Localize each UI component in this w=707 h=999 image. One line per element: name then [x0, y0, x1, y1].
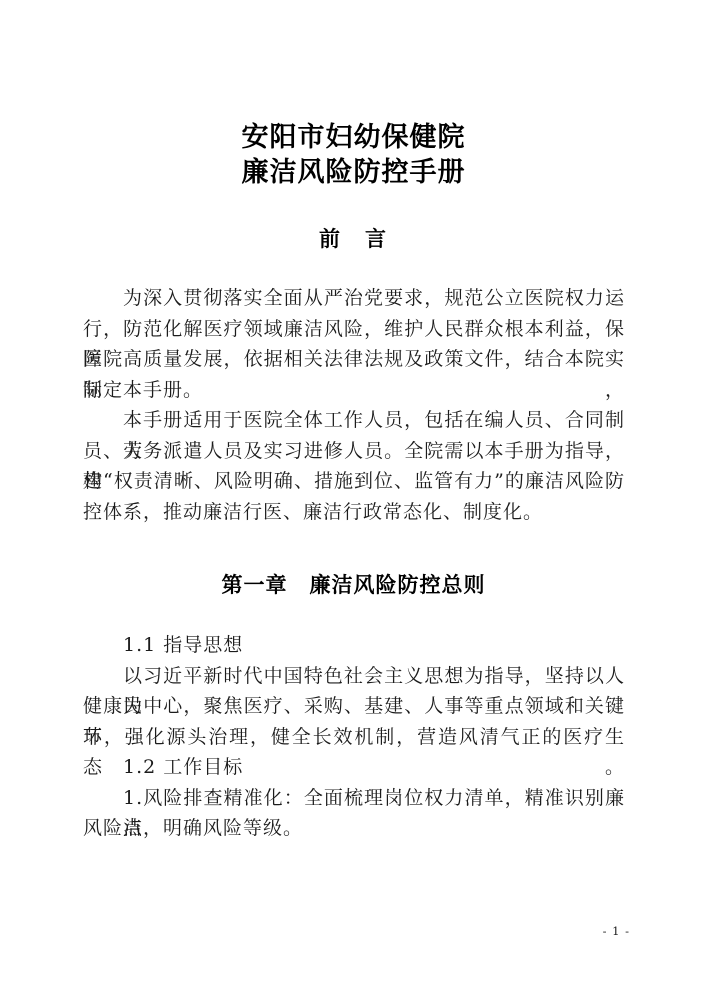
text-line: 行，防范化解医疗领域廉洁风险，维护人民群众根本利益，保障: [83, 314, 625, 345]
document-page: 安阳市妇幼保健院 廉洁风险防控手册 前 言 为深入贯彻落实全面从严治党要求，规范…: [0, 0, 707, 999]
text-line: 员、劳务派遣人员及实习进修人员。全院需以本手册为指导，构: [83, 436, 625, 467]
text-line: 健康为中心，聚焦医疗、采购、基建、人事等重点领域和关键环: [83, 691, 625, 722]
text-line: 医院高质量发展，依据相关法律法规及政策文件，结合本院实际，: [83, 344, 625, 375]
chapter1-body: 1.1 指导思想 以习近平新时代中国特色社会主义思想为指导，坚持以人民 健康为中…: [0, 630, 707, 844]
text-line: 控体系，推动廉洁行医、廉洁行政常态化、制度化。: [83, 497, 625, 528]
text-line: 建“权责清晰、风险明确、措施到位、监管有力”的廉洁风险防: [83, 466, 625, 497]
text-line: 以习近平新时代中国特色社会主义思想为指导，坚持以人民: [83, 661, 625, 692]
text-line: 节，强化源头治理，健全长效机制，营造风清气正的医疗生态。: [83, 722, 625, 753]
document-title-line2: 廉洁风险防控手册: [0, 155, 707, 190]
section-1-1-title: 1.1 指导思想: [83, 630, 625, 661]
text-line: 风险点，明确风险等级。: [83, 813, 625, 844]
text-line: 本手册适用于医院全体工作人员，包括在编人员、合同制人: [83, 405, 625, 436]
text-line: 1.风险排查精准化：全面梳理岗位权力清单，精准识别廉洁: [83, 783, 625, 814]
foreword-body: 为深入贯彻落实全面从严治党要求，规范公立医院权力运 行，防范化解医疗领域廉洁风险…: [0, 283, 707, 527]
text-line: 为深入贯彻落实全面从严治党要求，规范公立医院权力运: [83, 283, 625, 314]
document-title-line1: 安阳市妇幼保健院: [0, 120, 707, 155]
document-title: 安阳市妇幼保健院 廉洁风险防控手册: [0, 120, 707, 190]
foreword-heading: 前 言: [0, 227, 707, 253]
page-number: - 1 -: [603, 923, 630, 939]
chapter1-heading: 第一章 廉洁风险防控总则: [0, 571, 707, 601]
